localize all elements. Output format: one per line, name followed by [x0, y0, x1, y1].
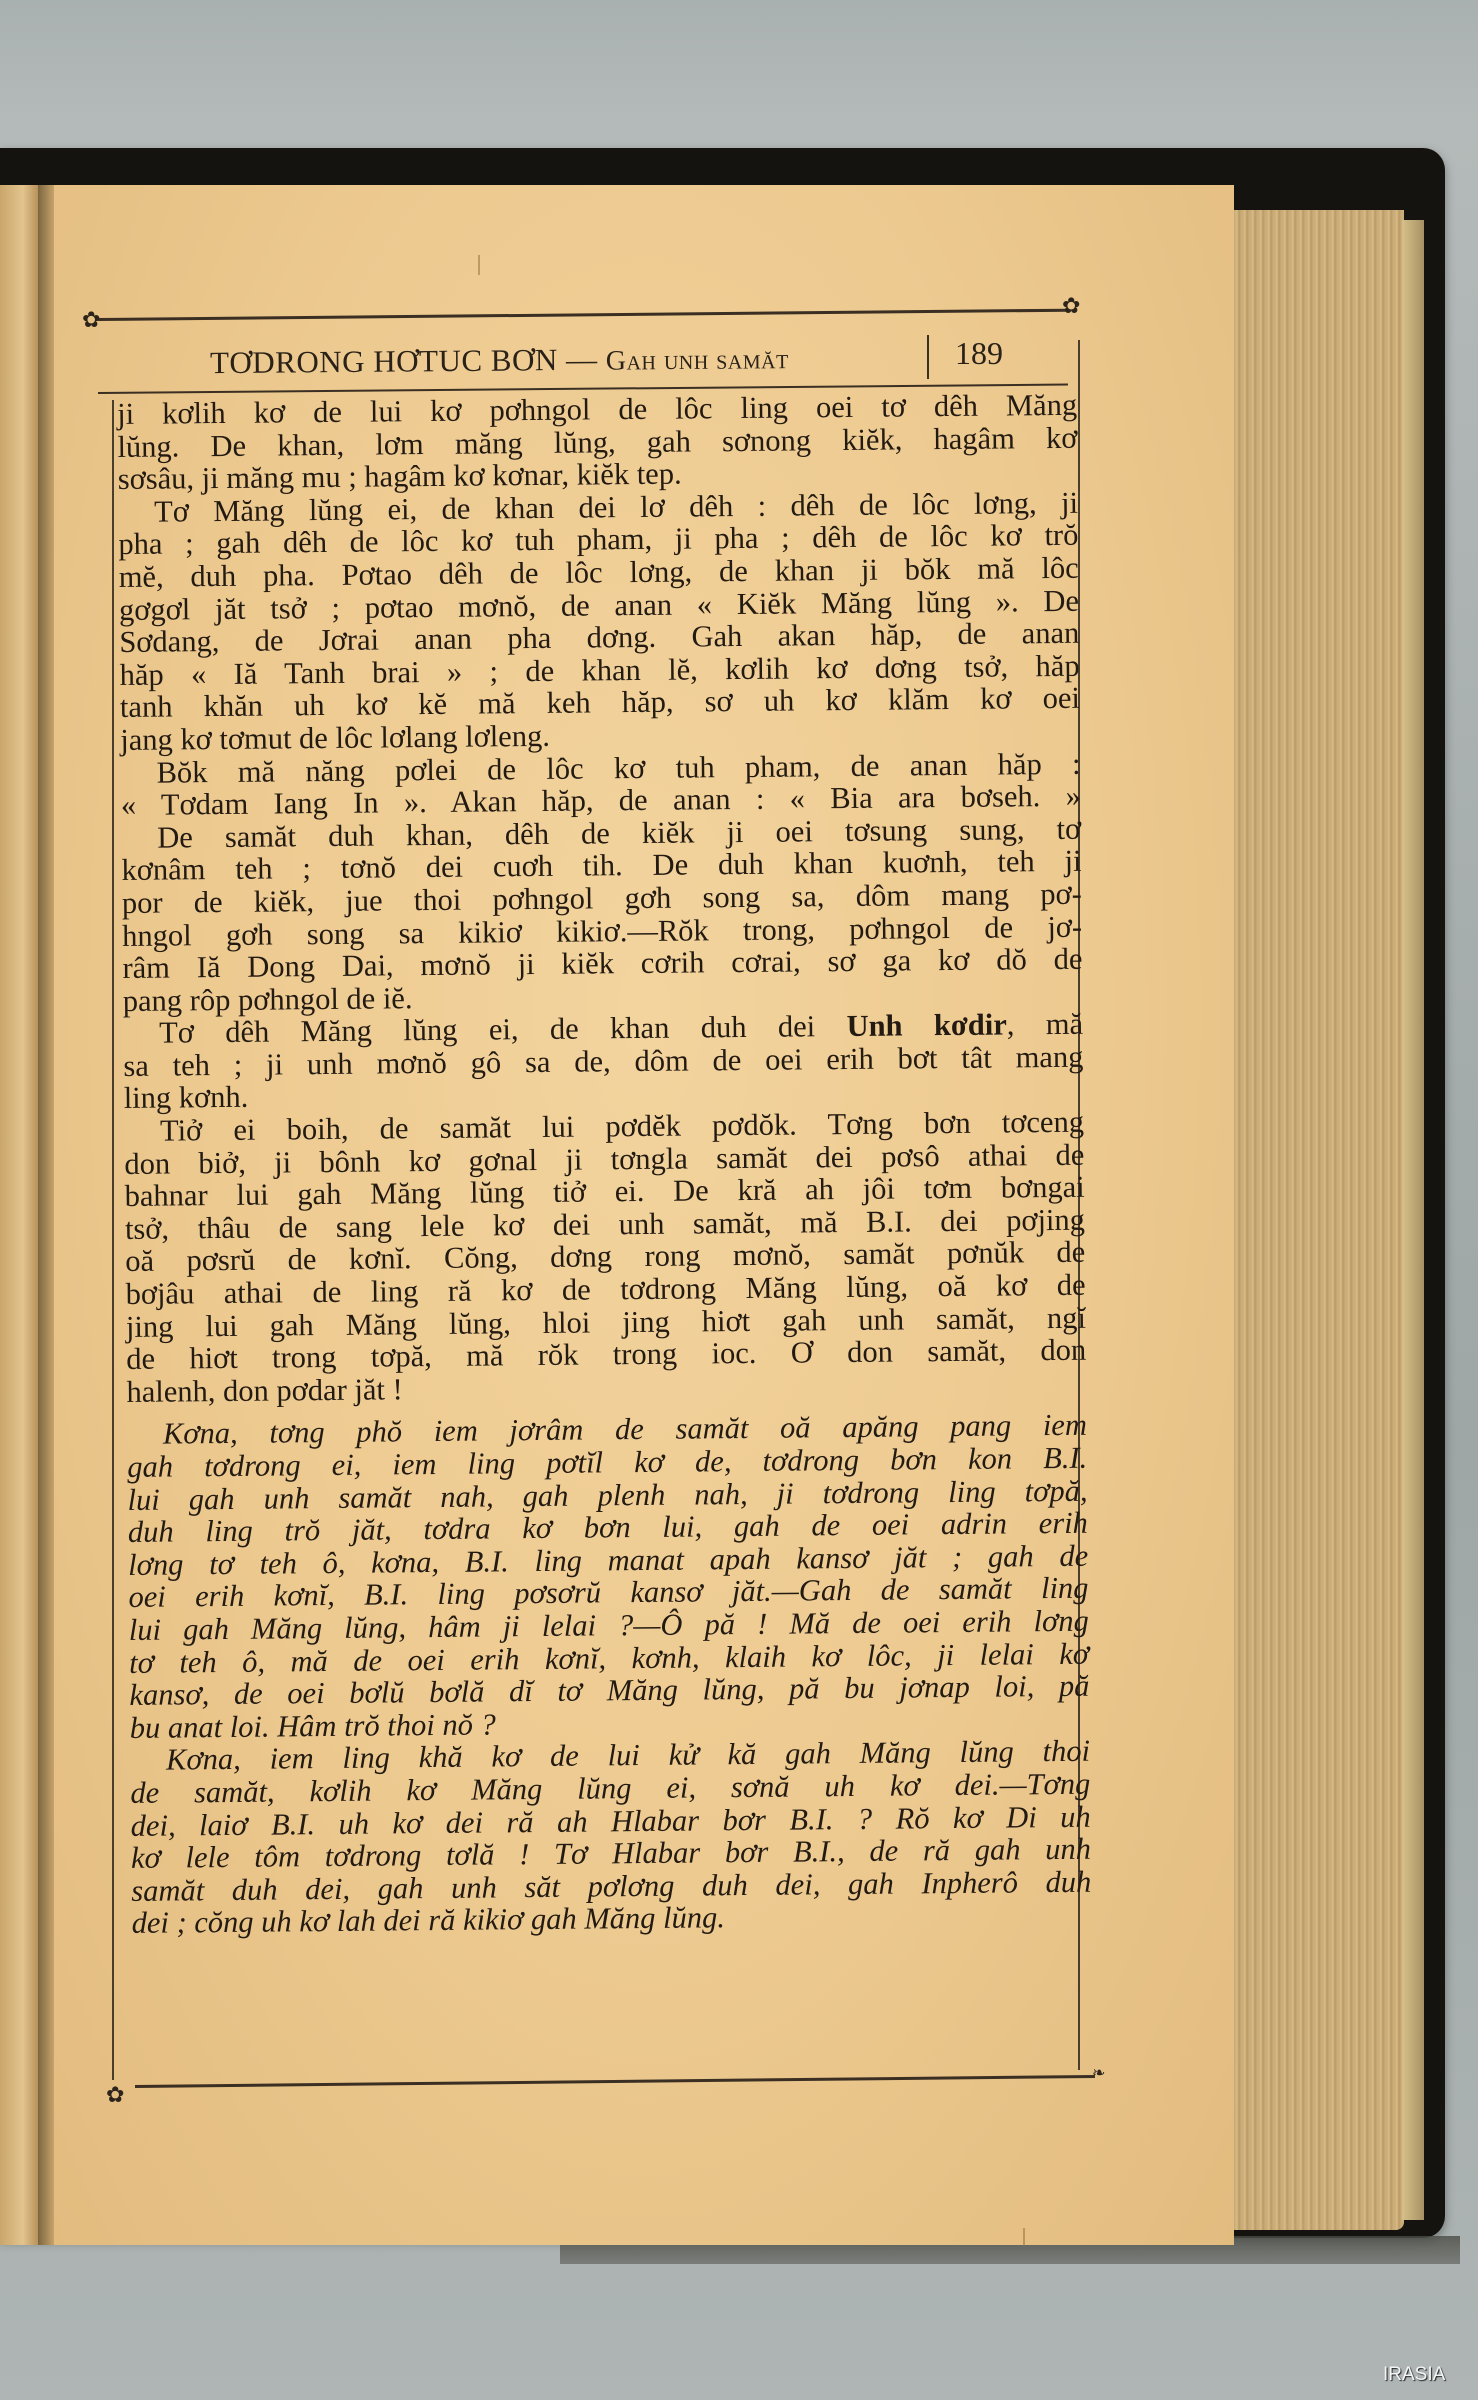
flower-ornament-icon: ✿ — [106, 2085, 124, 2107]
running-head: TƠDRONG HƠTUC BƠN — Gah unh samăt — [210, 339, 930, 381]
body-text: ji kơlih kơ de lui kơ pơhngol de lôc lin… — [117, 389, 1092, 1940]
page-number: 189 — [955, 335, 1003, 372]
flower-ornament-icon: ✿ — [82, 310, 100, 332]
bold-term: Unh kơdir — [846, 1008, 1007, 1044]
book-title: TƠDRONG HƠTUC BƠN — [210, 342, 558, 380]
header-divider — [927, 335, 929, 379]
paper-speck — [1023, 2228, 1025, 2246]
facing-page-edge — [0, 185, 38, 2245]
flower-ornament-icon: ✿ — [1062, 296, 1080, 318]
text-frame-left — [112, 400, 114, 2080]
book-gutter — [38, 185, 54, 2245]
page-stack-edge — [1234, 210, 1404, 2230]
section-title: Gah unh samăt — [606, 344, 789, 377]
paper-speck — [478, 255, 480, 275]
head-separator: — — [566, 342, 598, 377]
watermark: IRASIA — [1383, 2364, 1445, 2386]
flower-ornament-icon: ❧ — [1092, 2065, 1105, 2081]
